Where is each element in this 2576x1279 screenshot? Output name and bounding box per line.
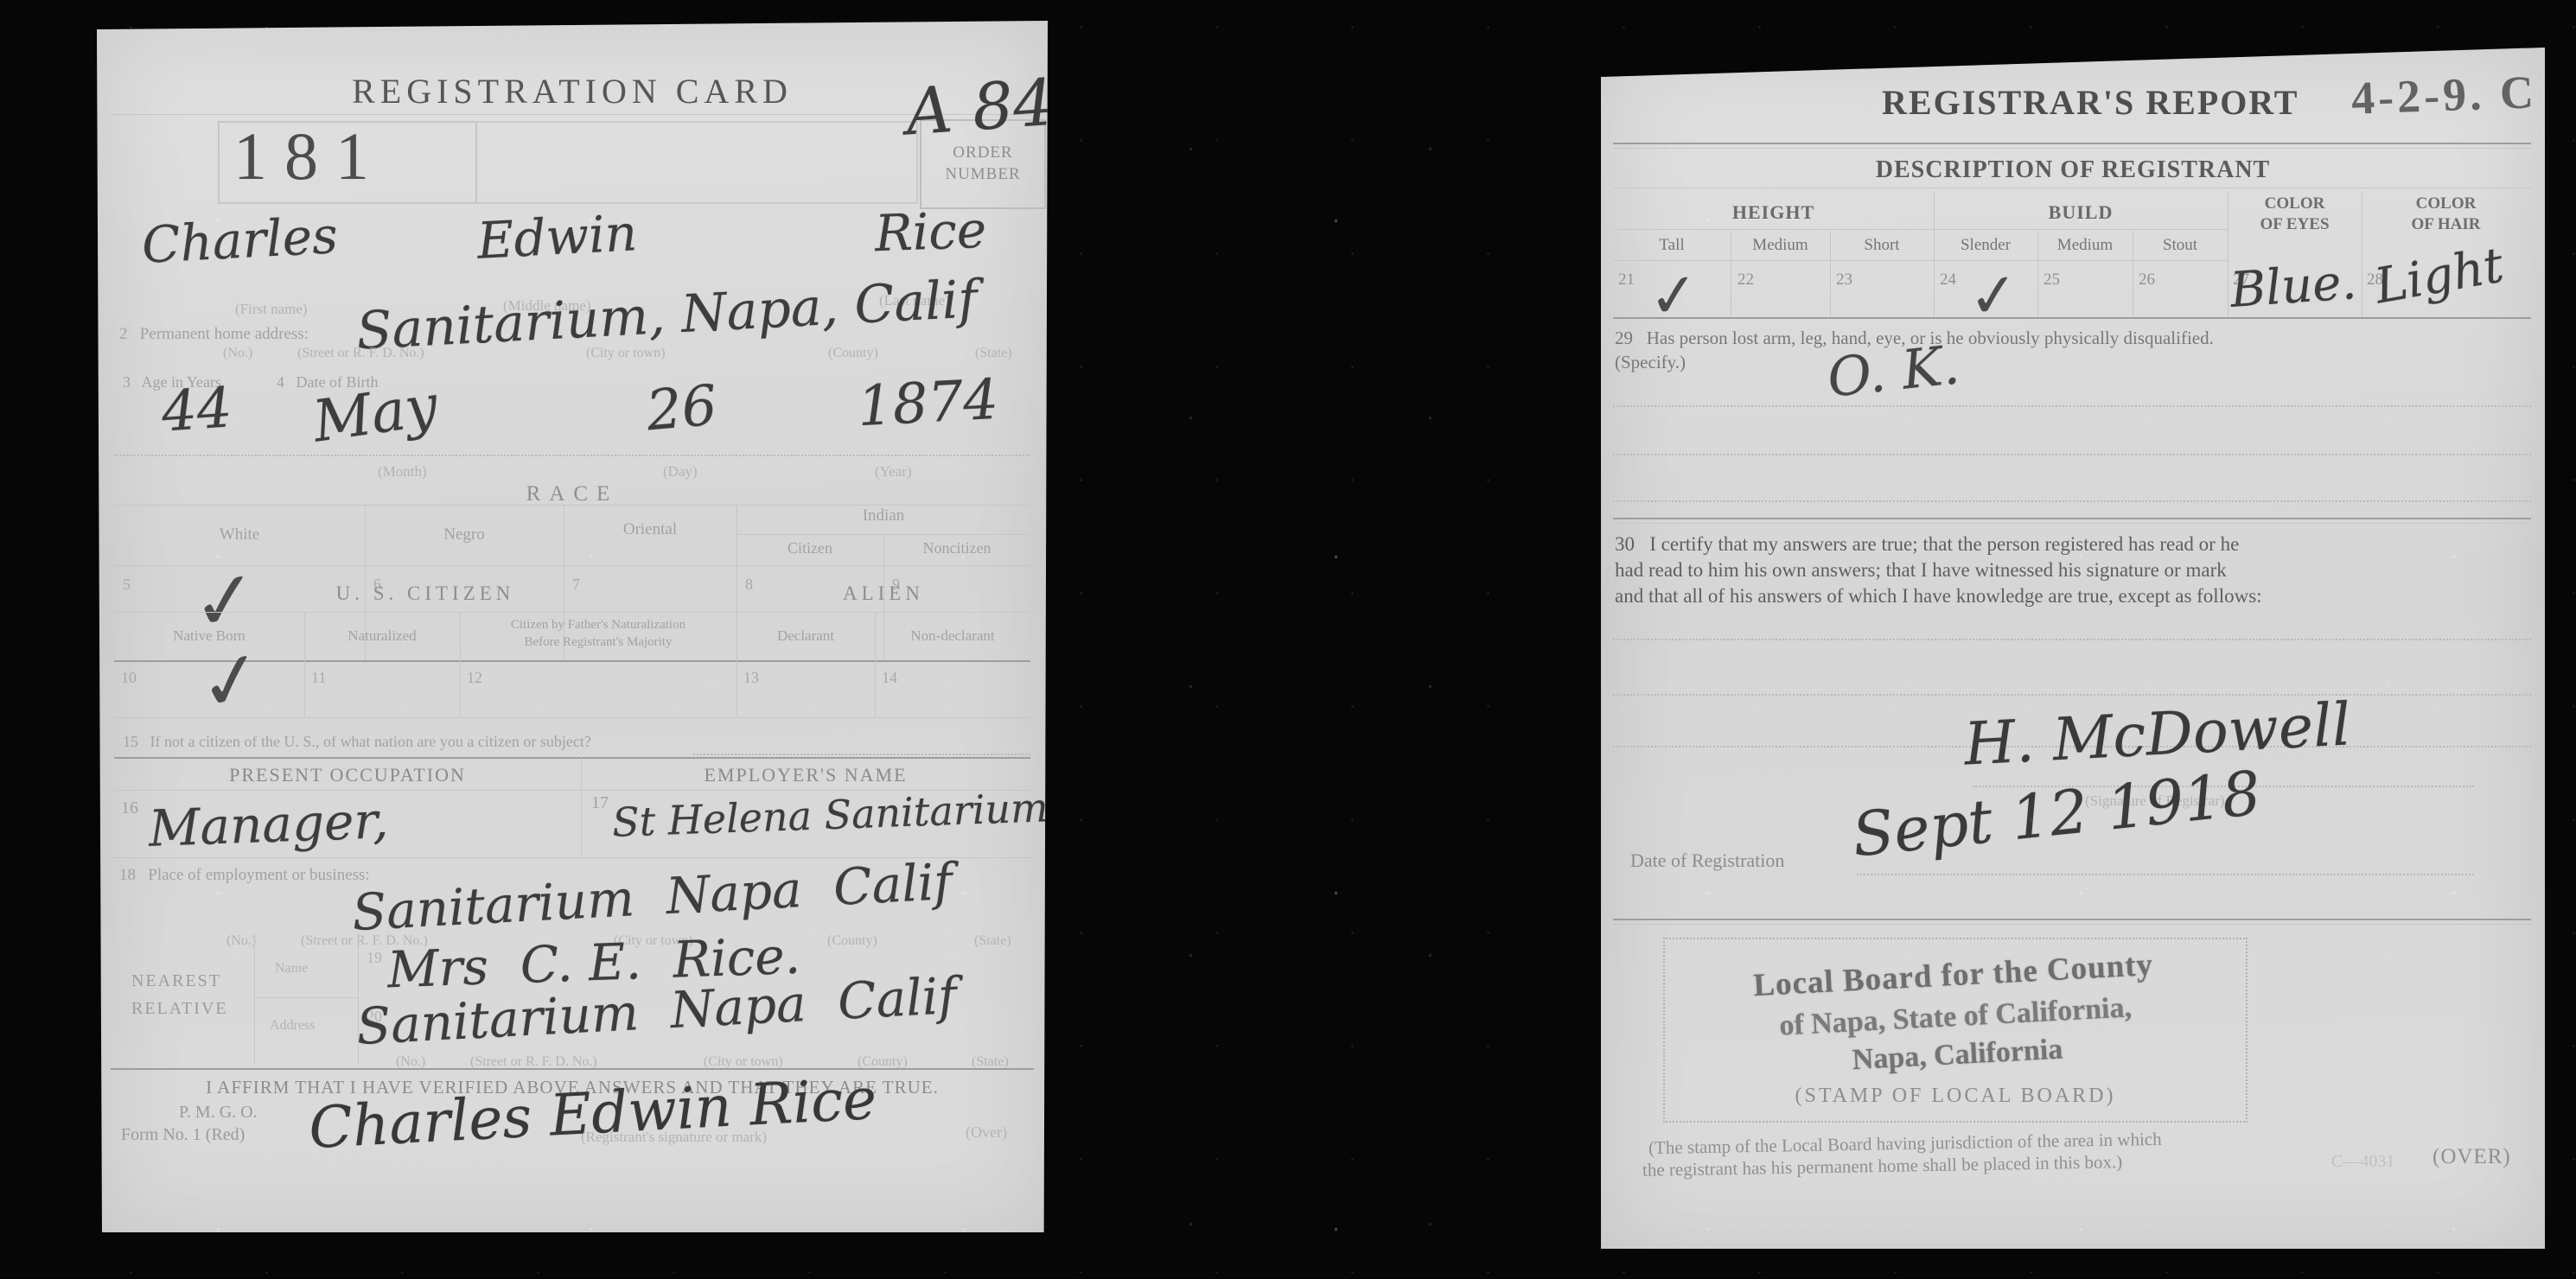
answer-line-3 — [1613, 500, 2531, 502]
middle-name-value: Edwin — [475, 203, 638, 270]
year-hint: (Year) — [875, 463, 912, 480]
cert-rule-top — [1613, 518, 2531, 519]
employment-hint-state: (State) — [974, 933, 1011, 949]
registrar-signature: H. McDowell — [1962, 690, 2352, 779]
alien-header: ALIEN — [736, 582, 1030, 605]
num-26: 26 — [2139, 270, 2155, 290]
stamp-caption: (STAMP OF LOCAL BOARD) — [1663, 1085, 2248, 1108]
report-rule-1b — [1613, 148, 2531, 149]
citizen-num-10: 10 — [121, 669, 137, 687]
employer-num: 17 — [591, 793, 609, 813]
address-hint-no: (No.) — [223, 346, 252, 361]
citizenship-question-label: 15 If not a citizen of the U. S., of wha… — [123, 733, 591, 751]
certification-line2: had read to him his own answers; that I … — [1615, 559, 2227, 582]
num-24: 24 — [1940, 270, 1956, 290]
occupation-num: 16 — [121, 799, 138, 818]
citizenship-question-rule — [693, 754, 1030, 755]
slender-label: Slender — [1934, 236, 2037, 255]
division-code-stamp: 4-2-9. C — [2350, 65, 2538, 124]
employer-value: St Helena Sanitarium — [611, 784, 1049, 846]
order-number-value: A 848 — [903, 62, 1097, 150]
race-col-oriental: Oriental — [564, 520, 736, 539]
stout-label: Stout — [2133, 236, 2228, 255]
tall-checkmark: ✓ — [1646, 258, 1703, 334]
citizen-rule-top — [114, 612, 1030, 613]
hair-header-2: OF HAIR — [2362, 215, 2530, 234]
registrant-signature-hint: (Registrant's signature or mark) — [581, 1129, 767, 1146]
race-col-negro: Negro — [365, 525, 564, 544]
num-23: 23 — [1836, 270, 1852, 290]
month-hint: (Month) — [378, 463, 427, 480]
citizen-num-12: 12 — [467, 669, 482, 687]
num-22: 22 — [1738, 270, 1754, 290]
report-rule-1 — [1613, 143, 2531, 144]
first-name-hint: (First name) — [235, 301, 308, 318]
race-col-indian-noncitizen: Noncitizen — [883, 539, 1030, 557]
employment-hint-county: (County) — [827, 933, 877, 949]
registrars-report-card: REGISTRAR'S REPORT 4-2-9. C DESCRIPTION … — [1601, 48, 2545, 1249]
first-name-value: Charles — [140, 206, 339, 275]
citizen-num-13: 13 — [743, 669, 759, 687]
num-25: 25 — [2044, 270, 2060, 290]
birth-day-value: 26 — [644, 374, 720, 444]
dob-rule — [114, 455, 1030, 456]
address-hint-city: (City or town) — [586, 346, 666, 361]
birth-year-value: 1874 — [856, 368, 1000, 439]
relative-label-2: RELATIVE — [131, 999, 228, 1019]
report-rule-2 — [1613, 188, 2531, 188]
relative-name-num: 19 — [367, 949, 382, 967]
question29-line2: (Specify.) — [1615, 352, 1686, 373]
occupation-rule-top — [114, 757, 1030, 759]
citizen-header: U. S. CITIZEN — [114, 582, 736, 605]
hair-header-1: COLOR — [2362, 194, 2530, 213]
hair-color-value: Light — [2370, 238, 2508, 315]
home-address-label: 2 Permanent home address: — [119, 325, 309, 344]
relative-label-1: NEAREST — [131, 971, 221, 991]
registration-date-label: Date of Registration — [1630, 849, 1784, 872]
num-21: 21 — [1618, 270, 1635, 290]
left-over-label: (Over) — [966, 1123, 1007, 1142]
employment-label: 18 Place of employment or business: — [119, 866, 370, 885]
answer-line-2 — [1613, 454, 2531, 455]
desc-rule-nums — [1613, 260, 2228, 261]
divider — [111, 114, 1032, 115]
build-header: BUILD — [1934, 201, 2228, 224]
stamp-rule-top — [1613, 919, 2531, 920]
address-hint-state: (State) — [975, 346, 1012, 361]
race-header: RACE — [97, 482, 1048, 506]
race-col-white: White — [114, 525, 365, 544]
serial-number-stamp: 181 — [233, 118, 386, 195]
right-over-label: (OVER) — [2433, 1145, 2511, 1169]
relative-name-field: Name — [275, 961, 308, 977]
citizen-num-14: 14 — [882, 669, 897, 687]
desc-rule-bottom — [1613, 317, 2531, 319]
certification-line1: 30 I certify that my answers are true; t… — [1615, 533, 2239, 556]
registration-card: REGISTRATION CARD 181 ORDER NUMBER A 848… — [97, 21, 1048, 1232]
eyes-header-1: COLOR — [2228, 194, 2362, 213]
form-code-label: C—4031 — [2331, 1152, 2394, 1172]
last-name-value: Rice — [874, 200, 987, 263]
form-office-label: P. M. G. O. — [179, 1103, 258, 1123]
address-hint-county: (County) — [828, 346, 878, 361]
short-label: Short — [1830, 236, 1934, 255]
race-col-indian: Indian — [736, 506, 1030, 525]
form-number-label: Form No. 1 (Red) — [121, 1125, 245, 1145]
cert-rule-top-b — [1613, 523, 2531, 524]
height-medium-label: Medium — [1731, 236, 1830, 255]
description-header: DESCRIPTION OF REGISTRANT — [1601, 156, 2545, 184]
desc-rule-sub — [1613, 229, 2228, 230]
address-hint-street: (Street or R. F. D. No.) — [297, 346, 424, 361]
slender-checkmark: ✓ — [1966, 258, 2023, 334]
stamp-rule-top-b — [1613, 924, 2531, 925]
height-header: HEIGHT — [1613, 201, 1934, 224]
citizen-col-father-2: Before Registrant's Majority — [460, 634, 736, 652]
answer-line-1 — [1613, 405, 2531, 407]
question29-answer: O. K. — [1825, 333, 1962, 410]
day-hint: (Day) — [663, 463, 698, 480]
employment-hint-no: (No.) — [226, 933, 256, 949]
citizen-col-nondeclarant: Non-declarant — [875, 627, 1030, 645]
home-address-value: Sanitarium, Napa, Calif — [355, 269, 979, 362]
employment-value: Sanitarium Napa Calif — [351, 852, 954, 942]
eye-color-value: Blue. — [2228, 254, 2358, 319]
race-rule-top — [114, 505, 1030, 506]
relative-box-rule — [254, 997, 358, 998]
race-col-indian-citizen: Citizen — [736, 539, 883, 557]
employer-header: EMPLOYER'S NAME — [581, 764, 1030, 786]
order-number-label-2: NUMBER — [945, 164, 1020, 186]
photo-background: REGISTRATION CARD 181 ORDER NUMBER A 848… — [0, 0, 2576, 1279]
occupation-value: Manager, — [148, 791, 389, 858]
tall-label: Tall — [1613, 236, 1731, 255]
eyes-header-2: OF EYES — [2228, 215, 2362, 234]
occupation-header: PRESENT OCCUPATION — [114, 764, 581, 786]
certification-line3: and that all of his answers of which I h… — [1615, 585, 2262, 608]
registrars-report-title: REGISTRAR'S REPORT — [1882, 82, 2299, 123]
age-value: 44 — [160, 376, 234, 445]
citizen-col-father-1: Citizen by Father's Naturalization — [460, 617, 736, 634]
relative-box-line-1 — [254, 933, 255, 1063]
citizen-col-declarant: Declarant — [736, 627, 875, 645]
citizen-num-11: 11 — [311, 669, 326, 687]
relative-address-field: Address — [270, 1018, 315, 1034]
exception-line-1 — [1613, 639, 2531, 640]
build-medium-label: Medium — [2037, 236, 2133, 255]
affirmation-rule — [111, 1068, 1034, 1070]
exception-line-2 — [1613, 694, 2531, 696]
serial-number-box-blank — [477, 121, 918, 204]
registration-date-line — [1857, 874, 2474, 875]
citizen-col-naturalized: Naturalized — [304, 627, 460, 645]
